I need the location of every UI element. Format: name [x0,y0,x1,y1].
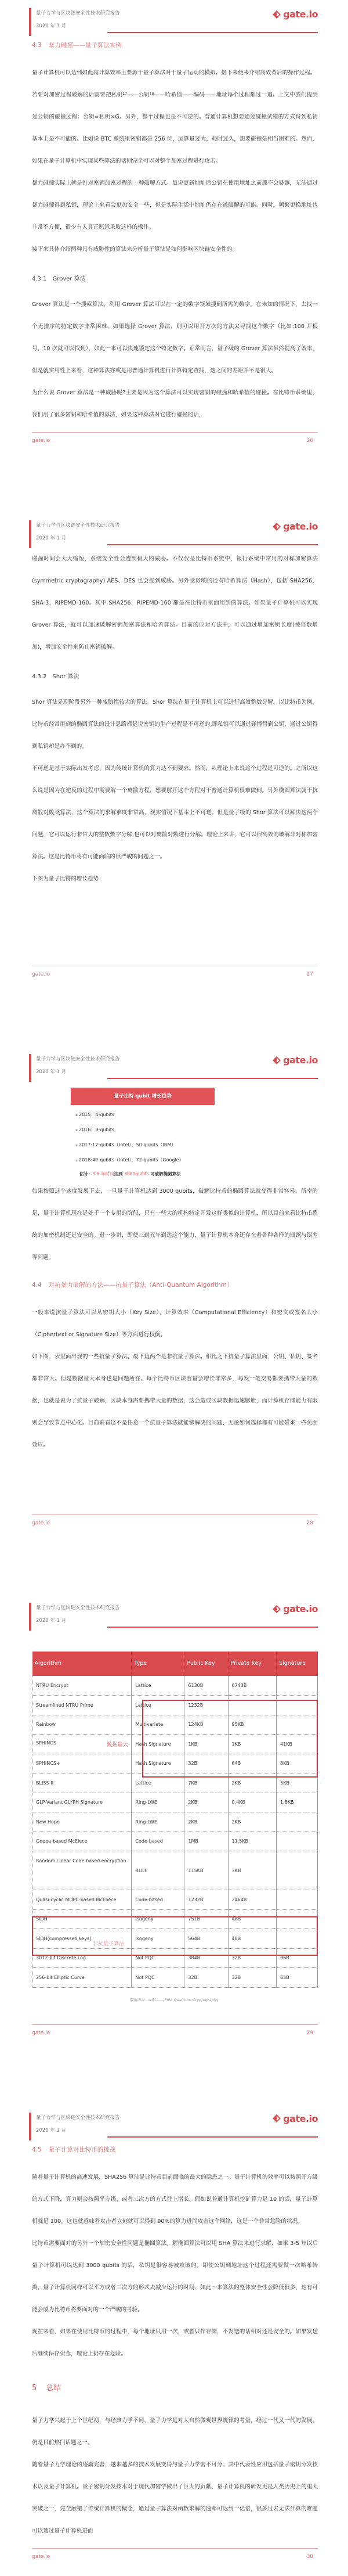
logo-text: gate.io [283,2113,318,2124]
logo-text: gate.io [283,1055,318,1066]
page-header: 量子力学与区块链安全性技术研究报告 2020 年 1 月 gate.io [0,2104,348,2140]
paragraph: 不可逆是基于实际出发考虑，因为传统计算机的算力达不到要求。然而，从理论上来说这个… [32,758,318,868]
table-row: GLP-Variant GLYPH SignatureRing-LWE2KB0.… [32,1793,318,1812]
page-header: 量子力学与区块链安全性技术研究报告 2020 年 1 月 gate.io [0,1046,348,1082]
report-title: 量子力学与区块链安全性技术研究报告 [36,2114,120,2121]
column-header: Signature [277,1652,318,1676]
paragraph: 暴力碰撞实际上就是针对密钥加密过程的一种破解方式。虽说更新地址后公钥在使用地址之… [32,172,318,239]
header-accent-bar [29,8,31,36]
column-header: Public Key [184,1652,228,1676]
report-page-27: 量子力学与区块链安全性技术研究报告 2020 年 1 月 gate.io 碰撞时… [0,512,348,1046]
paragraph: Grover 算法是一个搜索算法，利用 Grover 算法可以在一定的数字领域搜… [32,294,318,382]
table-row: New HopeRing-LWE2KB2KB [32,1812,318,1832]
page-footer: gate.io 27 [0,966,348,994]
paragraph: 比特币需要面对的另外一个加密安全性问题是椭圆算法。解椭圆算法可以用 SHA 算法… [32,2233,318,2321]
list-item: 2018:49-qubits（Intel），72-qubits（Google） [75,1153,245,1168]
page-header: 量子力学与区块链安全性技术研究报告 2020 年 1 月 gate.io [0,0,348,36]
paragraph: 量子力学兴起于上个世纪初，与经典力学不同，量子力学是对大自然微观世界规律的考量。… [32,2410,318,2454]
table-row: Goppa-based McEieceCode-based1MB11.5KB [32,1832,318,1851]
page-header: 量子力学与区块链安全性技术研究报告 2020 年 1 月 gate.io [0,512,348,548]
page-number: 26 [307,438,313,444]
header-rule [107,32,318,33]
paragraph: 随着量子力学理论的逐渐完善，越来越多的技术发展变得与量子力学密不可分。其中代表性… [32,2454,318,2542]
paragraph: 如果按照这个速度发展下去，一旦量子计算机达到 3000 qubits，破解比特币… [32,1181,318,1269]
report-date: 2020 年 1 月 [36,1617,66,1624]
footer-brand: gate.io [32,438,50,444]
page-number: 27 [307,972,313,977]
report-page-29: 量子力学与区块链安全性技术研究报告 2020 年 1 月 gate.io Alg… [0,1595,348,2104]
qubit-growth-figure: 量子比特 qubit 增长趋势 2015：4-qubits 2016：9-qub… [71,1088,245,1181]
paragraph: 随着量子计算机的高速发展，SHA256 算法是比特币目前面临的最大的隐患之一。量… [32,2167,318,2233]
table-row: SPHINCS+Hash Signature32B64B8KB [32,1754,318,1773]
section-heading: 4.5量子计算对比特币的挑战 [32,2145,318,2154]
subsection-heading: 4.3.1Grover 算法 [32,274,318,282]
paragraph: 下图为量子比特的增长趋势： [32,868,318,890]
report-page-28: 量子力学与区块链安全性技术研究报告 2020 年 1 月 gate.io 量子比… [0,1046,348,1595]
page-footer: gate.io 28 [0,1514,348,1542]
report-date: 2020 年 1 月 [36,1068,66,1075]
report-date: 2020 年 1 月 [36,534,66,541]
paragraph: Shor 算法是现阶段另外一种威胁性较大的算法。Shor 算法在量子计算机上可以… [32,692,318,758]
report-date: 2020 年 1 月 [36,2127,66,2134]
footer-brand: gate.io [32,972,50,977]
list-item: 2017:17-qubits（Intel），50-qubits（IBM） [75,1138,245,1153]
report-date: 2020 年 1 月 [36,22,66,29]
footer-brand: gate.io [32,2554,50,2560]
report-title: 量子力学与区块链安全性技术研究报告 [36,9,120,16]
estimate-note: 估计：3-5 年时间达到 3000qubits 可破解椭圆算法 [71,1168,245,1181]
logo-text: gate.io [283,521,318,532]
data-source-caption: 数据来源：wiki ——Post Quantum Cryptography [0,1997,348,2002]
qubit-list: 2015：4-qubits 2016：9-qubits 2017:17-qubi… [71,1105,245,1168]
large-data-annotation: 数据量大 [107,1740,128,1748]
section-heading: 4.4对抗暴力破解的方法——抗量子算法（Anti-Quantum Algorit… [32,1280,318,1289]
paragraph: 量子计算机可以达到如此高计算效率主要源于量子算法对于量子运动的模拟。接下来便来介… [32,62,318,84]
table-row: BLISS-IILattice7KB2KB5KB [32,1773,318,1793]
list-item: 2016：9-qubits [75,1122,245,1138]
page-number: 30 [307,2554,313,2560]
report-title: 量子力学与区块链安全性技术研究报告 [36,1055,120,1062]
gateio-logo: gate.io [272,1603,318,1614]
page-footer: gate.io 29 [0,2024,348,2052]
column-header: Algorithm [32,1652,132,1676]
table-row: Streamlined NTRU PrimeLattice1232B [32,1696,318,1715]
gateio-logo-icon [272,2114,281,2123]
chapter-heading: 5总结 [32,2381,318,2392]
footer-brand: gate.io [32,2030,50,2036]
paragraph: 为什么说 Grover 算法是一种威胁呢?主要是因为这个算法可以实现密钥的碰撞和… [32,382,318,426]
gateio-logo: gate.io [272,1055,318,1066]
gateio-logo-icon [272,10,281,19]
gateio-logo-icon [272,1604,281,1614]
table-row: Quasi-cyclic MDPC-based McElieceCode-bas… [32,1890,318,1910]
gateio-logo: gate.io [272,9,318,20]
paragraph: 一般来说抗量子算法可以从密钥大小（Key Size），计算效率（Computat… [32,1302,318,1346]
page-header: 量子力学与区块链安全性技术研究报告 2020 年 1 月 gate.io [0,1595,348,1631]
page-footer: gate.io 26 [0,432,348,460]
page-number: 28 [307,1520,313,1526]
table-row: 256-bit Elliptic CurveNot PQC32B32B65B [32,1968,318,1988]
page-number: 29 [307,2030,313,2036]
paragraph: 现在来看，如果在使用比特币的过程中，每个地址只用一次，或者只作存储，不发送的话相… [32,2321,318,2365]
paragraph: 接下来具体介绍两种具有威胁性的算法来分析量子算法是如何影响区块链安全性的。 [32,239,318,261]
report-page-30: 量子力学与区块链安全性技术研究报告 2020 年 1 月 gate.io 4.5… [0,2104,348,2576]
gateio-logo-icon [272,1056,281,1065]
pqc-comparison-table: Algorithm Type Public Key Private Key Si… [32,1652,318,1988]
table-row: SIDH(compressed keys)Isogeny564B48B [32,1929,318,1949]
paragraph: 碰撞时间会大大缩短，系统安全性会遭到极大的威胁。不仅仅是比特币系统中，银行系统中… [32,548,318,659]
report-page-26: 量子力学与区块链安全性技术研究报告 2020 年 1 月 gate.io 4.3… [0,0,348,512]
gateio-logo-icon [272,522,281,531]
column-header: Type [132,1652,184,1676]
table-header-row: Algorithm Type Public Key Private Key Si… [32,1652,318,1676]
figure-title: 量子比特 qubit 增长趋势 [71,1088,215,1105]
not-pqc-annotation: 非抗量子算法 [93,1940,124,1947]
paragraph: 若要对加密过程破解的话需要把私钥¹⁷——公钥¹⁸——哈希值——编码——地址每个过… [32,84,318,172]
page-footer: gate.io 30 [0,2548,348,2576]
section-heading: 4.3暴力碰撞——量子算法实例 [32,41,318,49]
footer-brand: gate.io [32,1520,50,1526]
logo-text: gate.io [283,1603,318,1614]
paragraph: 如下图，表里面出现的一些抗量子算法。最下边两个是非抗量子算法。相比之下抗量子算法… [32,1346,318,1456]
gateio-logo: gate.io [272,2113,318,2124]
gateio-logo: gate.io [272,521,318,532]
table-row: 3072-bit Discrete LogNot PQC384B32B96B [32,1948,318,1968]
column-header: Private Key [228,1652,277,1676]
report-title: 量子力学与区块链安全性技术研究报告 [36,521,120,528]
table-row: SPHINCS数据量大Hash Signature1KB1KB41KB [32,1735,318,1754]
list-item: 2015：4-qubits [75,1107,245,1122]
table-row: RainbowMultivariate124KB95KB [32,1715,318,1735]
table-row: NTRU EncryptLattice6130B6743B [32,1676,318,1696]
logo-text: gate.io [283,9,318,20]
subsection-heading: 4.3.2Shor 算法 [32,671,318,680]
table-row: Random Linear Code based encryptionRLCE1… [32,1851,318,1890]
report-title: 量子力学与区块链安全性技术研究报告 [36,1604,120,1611]
table-row: SIDHIsogeny751B48B [32,1909,318,1929]
